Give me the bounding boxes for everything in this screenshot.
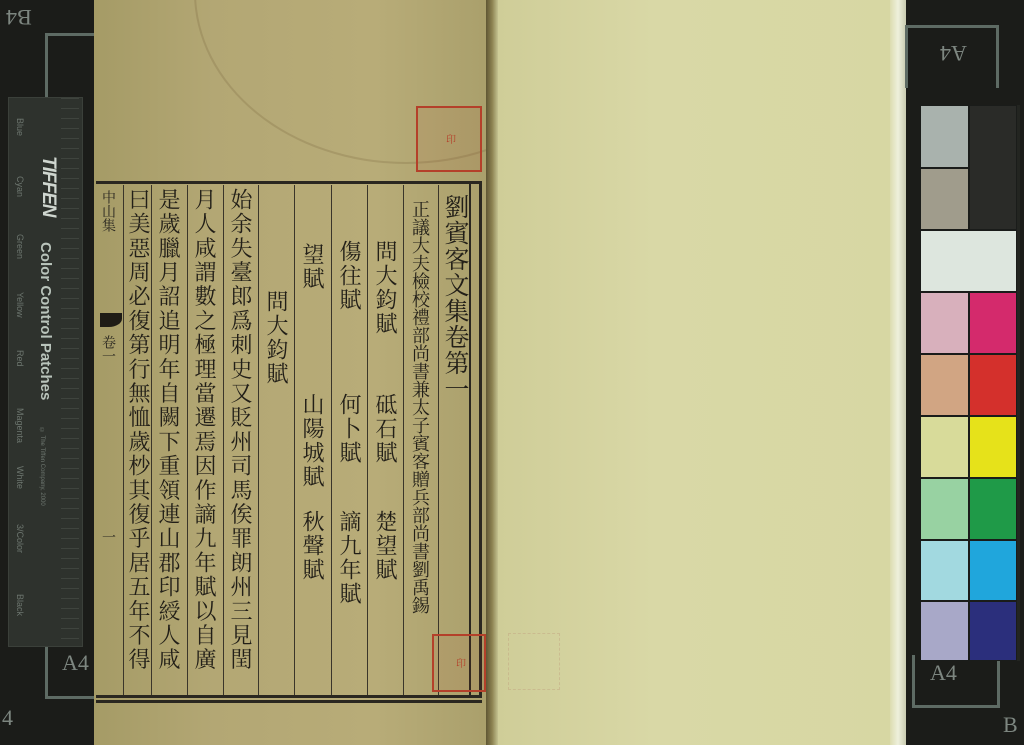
patch-name: White [15,466,25,489]
volume-title: 劉賓客文集卷第一 [443,194,468,402]
toc-item: 望賦 [300,243,322,291]
color-control-ruler: TIFFEN Color Control Patches Blue Cyan G… [8,97,83,647]
swatch-navy [969,601,1017,661]
swatch-tan [920,354,969,416]
swatch-green [969,478,1017,540]
column-rule [367,185,368,695]
patch-name: Green [15,234,25,259]
swatch-white [920,230,1017,292]
swatch-lavender [920,601,969,661]
patch-name: Black [15,594,25,616]
swatch-warm-gray [920,168,969,230]
page-edge [890,0,906,745]
patch-name: Cyan [15,176,25,197]
margin-page-number: 一 [98,530,118,544]
mat-label-b: B [1003,712,1018,738]
toc-item: 楚望賦 [373,510,395,582]
section-title: 問大鈞賦 [264,290,286,386]
column-rule [438,185,439,695]
toc-item: 何卜賦 [337,393,359,465]
toc-item: 山陽城賦 [300,393,322,489]
mat-label-a4-bottom: A4 [930,660,957,686]
mat-label-b4: B4 [6,4,32,30]
column-rule [331,185,332,695]
mat-label-4: 4 [2,705,13,731]
column-rule [294,185,295,695]
swatch-pale-green [920,478,969,540]
patch-name: 3/Color [15,524,25,553]
seal-offset-ghost [508,633,560,690]
swatch-cyan [969,540,1017,601]
ruler-product-name: Color Control Patches [37,242,54,400]
mat-label-a4-left: A4 [62,650,89,676]
frame-bottom-rule [96,700,482,703]
swatch-red [969,354,1017,416]
patch-name: Magenta [15,408,25,443]
toc-item: 秋聲賦 [300,510,322,582]
column-rule [123,185,124,695]
swatch-dark-gray [969,105,1017,230]
swatch-light-gray [920,105,969,168]
column-rule [258,185,259,695]
patch-name: Yellow [15,292,25,318]
margin-volume: 卷一 [98,335,118,363]
swatch-yellow [969,416,1017,478]
patch-name: Blue [15,118,25,136]
ruler-patch-names: Blue Cyan Green Yellow Red Magenta White… [15,118,29,638]
ruler-ticks [61,98,79,646]
collector-seal-bottom: 印 [432,634,486,692]
column-rule [403,185,404,695]
toc-item: 傷往賦 [337,240,359,312]
body-column: 曰美惡周必復第行無恤歲杪其復乎居五年不得 [126,188,148,672]
toc-item: 謫九年賦 [337,510,359,606]
book-gutter [486,0,498,745]
swatch-pale-cyan [920,540,969,601]
swatch-pale-yellow [920,416,969,478]
collector-seal-top: 印 [416,106,482,172]
toc-item: 問大鈞賦 [373,240,395,336]
margin-book-title: 中山集 [98,190,118,232]
ruler-brand: TIFFEN [37,156,59,217]
toc-item: 砥石賦 [373,393,395,465]
author-line: 正議大夫檢校禮部尚書兼太子賓客贈兵部尚書劉禹錫 [410,200,428,614]
body-column: 月人咸謂數之極理當遷焉因作謫九年賦以自廣 [192,188,214,672]
column-rule [151,185,152,695]
column-rule [187,185,188,695]
column-rule [223,185,224,695]
ruler-copyright: © The Tiffen Company, 2000 [39,428,45,506]
color-checker [920,105,1020,661]
patch-name: Red [15,350,25,367]
swatch-magenta [969,292,1017,354]
body-column: 是歲臘月詔追明年自闕下重領連山郡印綬人咸 [156,188,178,672]
mat-label-a4-top: A4 [940,40,967,66]
body-column: 始余失臺郎爲刺史又貶州司馬俟罪朗州三見閏 [228,188,250,672]
swatch-pink [920,292,969,354]
